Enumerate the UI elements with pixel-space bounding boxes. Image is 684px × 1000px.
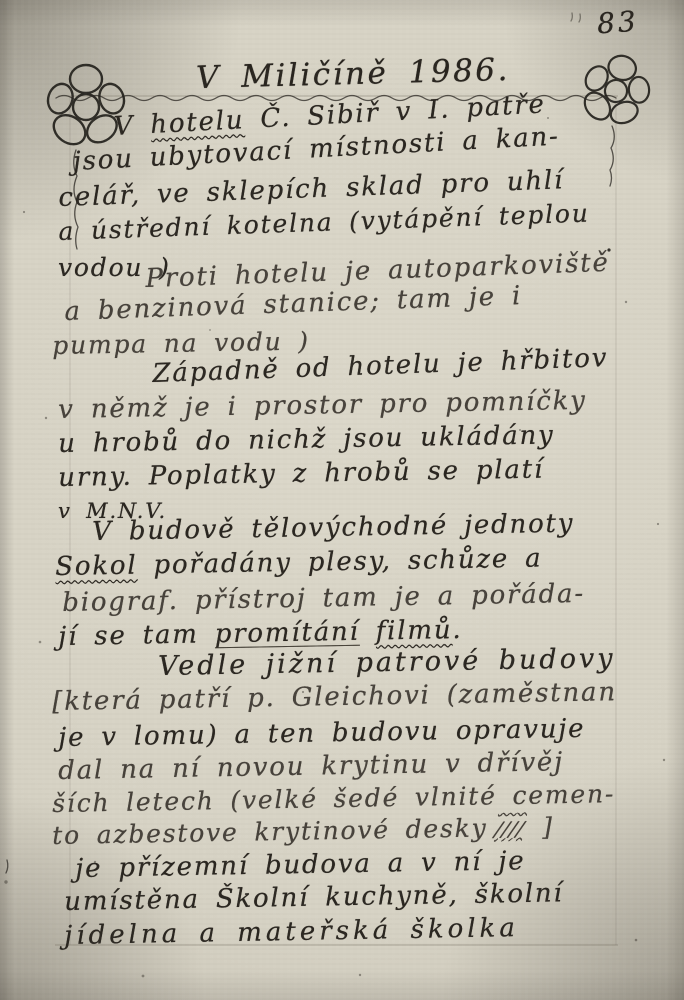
handwritten-line: Vedle jižní patrové budovy [158,643,616,682]
handwritten-line: [která patří p. Gleichovi (zaměstnan [52,677,617,717]
handwritten-line: dal na ní novou krytinu v dřívěj [58,747,564,786]
handwritten-line: to azbestove krytinové desky∕∕∕∕ ] [52,812,554,850]
stray-ink-dot [4,880,7,883]
underlined-word: filmů [375,615,452,646]
handwritten-line: jídelna a mateřská školka [64,913,519,951]
handwritten-line: je přízemní budova a v ní je [75,846,526,884]
underlined-word: Sokol [55,551,138,582]
page-number: 83 [596,5,640,41]
handwritten-line: v němž je i prostor pro pomníčky [58,386,587,425]
handwritten-line: urny. Poplatky z hrobů se platí [58,455,544,493]
stray-ink-mark-left-edge [6,860,8,873]
handwritten-line: umístěna Školní kuchyně, školní [64,878,564,917]
handwritten-line: Sokol pořadány plesy, schůze a [55,543,543,581]
handwritten-line: biograf. přístroj tam je a pořáda- [62,579,585,618]
underlined-word: hotelu [150,105,246,140]
flower-stem-right [610,126,614,186]
corrugated-sheet-sketch-icon: ∕∕∕∕ [493,817,527,842]
chronicle-page: 83 V Miličíně 1986. V hotelu Č. Sibiř v … [0,0,684,1000]
underlined-word: promítání [214,617,359,650]
page-title: V Miličíně 1986. [196,52,511,96]
handwritten-line: je v lomu) a ten budovu opravuje [58,714,586,753]
handwritten-line: u hrobů do nichž jsou ukládány [58,420,555,459]
flower-doodle-right-icon [572,47,659,136]
stray-ink-marks-top-right [571,13,580,22]
